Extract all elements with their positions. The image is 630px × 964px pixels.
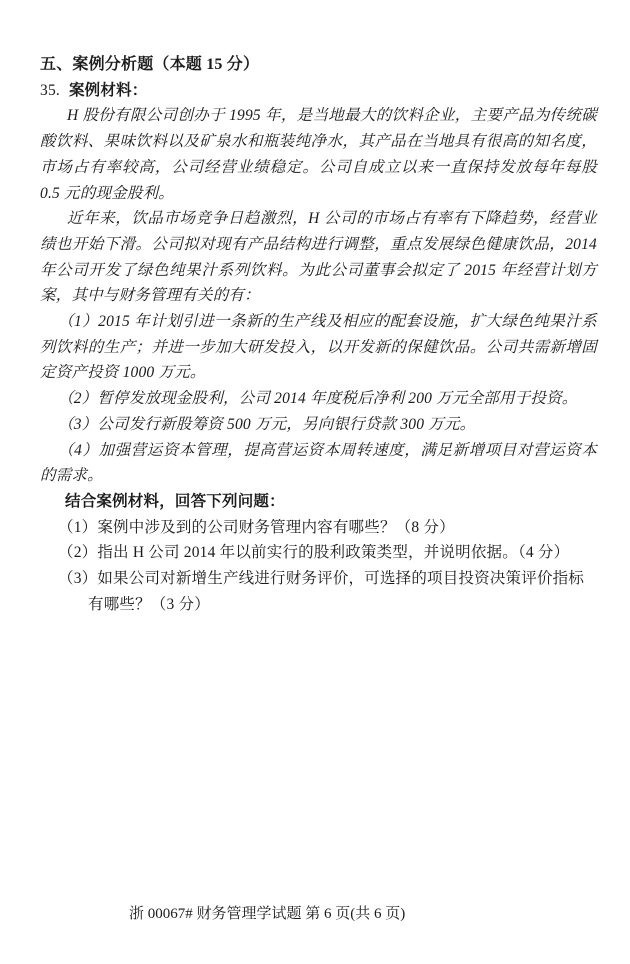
sub-question-1: （1）案例中涉及到的公司财务管理内容有哪些？（8 分） (40, 515, 597, 541)
exam-content: 五、案例分析题（本题 15 分） 35.案例材料： H 股份有限公司创办于 19… (40, 52, 597, 617)
question-35-heading: 35.案例材料： (40, 78, 597, 104)
plan-item-2: （2）暂停发放现金股利，公司 2014 年度税后净利 200 万元全部用于投资。 (40, 386, 597, 412)
section-title: 五、案例分析题（本题 15 分） (40, 52, 597, 78)
sub-question-2: （2）指出 H 公司 2014 年以前实行的股利政策类型，并说明依据。（4 分） (40, 540, 597, 566)
plan-item-3: （3）公司发行新股筹资 500 万元，另向银行贷款 300 万元。 (40, 412, 597, 438)
sub-question-3: （3）如果公司对新增生产线进行财务评价，可选择的项目投资决策评价指标有哪些？（3… (40, 566, 597, 617)
question-number: 35. (40, 82, 60, 99)
material-label: 案例材料： (69, 82, 148, 99)
plan-item-4: （4）加强营运资本管理，提高营运资本周转速度，满足新增项目对营运资本的需求。 (40, 438, 597, 489)
questions-intro: 结合案例材料，回答下列问题： (40, 489, 597, 515)
plan-item-1: （1）2015 年计划引进一条新的生产线及相应的配套设施，扩大绿色纯果汁系列饮料… (40, 309, 597, 386)
exam-page: 五、案例分析题（本题 15 分） 35.案例材料： H 股份有限公司创办于 19… (0, 0, 630, 964)
case-paragraph-2: 近年来，饮品市场竞争日趋激烈，H 公司的市场占有率有下降趋势，经营业绩也开始下滑… (40, 206, 597, 309)
case-paragraph-1: H 股份有限公司创办于 1995 年，是当地最大的饮料企业，主要产品为传统碳酸饮… (40, 103, 597, 206)
page-footer: 浙 00067# 财务管理学试题 第 6 页(共 6 页) (129, 902, 405, 923)
